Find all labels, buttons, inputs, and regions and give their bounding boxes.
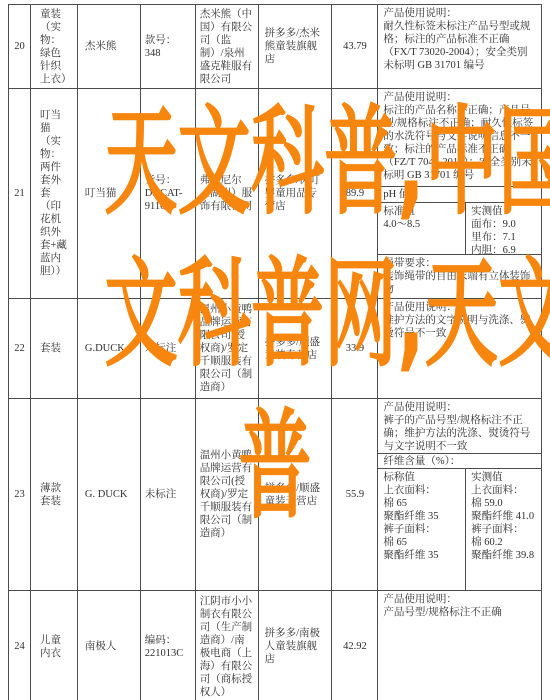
note-body: 产品号型/规格标注不正确	[383, 606, 536, 619]
brand-cell: 南极人	[78, 591, 141, 700]
nominal-line: 聚酯纤维 35	[383, 510, 460, 523]
model: 款号：348	[145, 34, 191, 60]
manufacturer: 杰米熊（中国）有限公司（监制）/泉州盛克鞋服有限公司	[200, 8, 254, 86]
fiber-header: 纤维含量（%）：	[378, 454, 541, 469]
nominal-line: 上衣面料：	[383, 484, 460, 497]
product-name: 童装（实物：绿色针织上衣）	[40, 8, 68, 86]
measured-line: 棉 60.2	[471, 536, 536, 549]
standard-value-cell: 标准值 4.0～8.5	[378, 203, 466, 254]
usage-note: 产品使用说明： 耐久性标签未标注产品号型或规格；标注的产品标准不正确（FX/T …	[378, 5, 541, 74]
nominal-value-cell: 标称值 上衣面料： 棉 65 聚酯纤维 35 裤子面料： 棉 65 聚酯纤维 3…	[378, 469, 466, 590]
nominal-line: 棉 65	[383, 497, 460, 510]
seller-cell: 拼多多/顺盛童装专营店	[259, 299, 333, 398]
brand-cell: 叮当猫	[78, 89, 141, 298]
model-cell: 未标注	[141, 299, 196, 398]
note-body: 耐久性标签未标注产品号型或规格；标注的产品标准不正确（FX/T 73020-20…	[383, 20, 536, 72]
measured-line: 内胆：6.9	[471, 244, 536, 254]
notes-cell: 产品使用说明： 标注的产品名称不正确；产品号型/规格标注不正确；耐久性标签的水洗…	[378, 89, 542, 298]
manufacturer-cell: 杰米熊（中国）有限公司（监制）/泉州盛克鞋服有限公司	[196, 5, 259, 88]
row-number-text: 21	[14, 187, 25, 200]
model-cell: 编码：221013C	[141, 591, 196, 700]
seller: 拼多多/杰米熊童装旗舰店	[265, 27, 326, 66]
product-name: 薄款套装	[40, 482, 68, 508]
model-cell: 货号：DDCAT-91108	[141, 89, 196, 298]
measured-value-cell: 实测值 面布：9.0 里布：7.1 内胆：6.9	[466, 203, 541, 254]
ph-header: pH 值：	[378, 187, 541, 203]
brand-cell: G.DUCK	[78, 299, 141, 398]
product-name: 叮当猫（实物：两件套外套（印花机织外套+藏蓝内胆））	[40, 109, 68, 278]
manufacturer-cell: 江阴市小小制衣有限公司（生产制造商）/南极电商（上海）有限公司（商标授权人）	[196, 591, 259, 700]
cord-body: 装饰绳带的自由末端有立体装饰物	[383, 270, 536, 296]
measured-line: 面布：9.0	[471, 218, 536, 231]
nominal-line: 聚酯纤维 35	[383, 549, 460, 562]
model: 货号：DDCAT-91108	[145, 174, 191, 213]
brand-cell: G. DUCK	[78, 399, 141, 590]
model: 未标注	[145, 488, 191, 501]
nominal-line: 裤子面料：	[383, 523, 460, 536]
value-cell: 89.9	[332, 89, 378, 298]
document-page: 20 童装（实物：绿色针织上衣） 杰米熊 款号：348 杰米熊（中国）有限公司（…	[0, 0, 550, 700]
value-cell: 33.9	[332, 299, 378, 398]
notes-cell: 产品使用说明： 维护方法的文字说明与洗涤、熨烫符号不一致	[378, 299, 542, 398]
row-number: 22	[9, 299, 31, 398]
measured-label: 实测值	[471, 471, 536, 484]
table-row: 24 儿童内衣 南极人 编码：221013C 江阴市小小制衣有限公司（生产制造商…	[9, 591, 542, 700]
value-cell: 42.92	[332, 591, 378, 700]
measured-line: 里布：7.1	[471, 231, 536, 244]
notes-cell: 产品使用说明： 耐久性标签未标注产品号型或规格；标注的产品标准不正确（FX/T …	[378, 5, 542, 88]
usage-note: 产品使用说明： 裤子的产品号型/规格标注不正确；维护方法的洗涤、熨烫符号与文字说…	[378, 399, 541, 454]
row-number-text: 24	[14, 640, 25, 653]
brand-cell: 杰米熊	[78, 5, 141, 88]
cord-title: 绳带要求：	[383, 257, 536, 270]
model-cell: 未标注	[141, 399, 196, 590]
measured-value-cell: 实测值 上衣面料： 棉 59.0 聚酯纤维 41.0 裤子面料： 棉 60.2 …	[466, 469, 541, 590]
inspection-table: 20 童装（实物：绿色针织上衣） 杰米熊 款号：348 杰米熊（中国）有限公司（…	[8, 4, 542, 700]
table-row: 23 薄款套装 G. DUCK 未标注 温州小黄鸭品牌运营有限公司(授权商)/罗…	[9, 399, 542, 591]
table-row: 20 童装（实物：绿色针织上衣） 杰米熊 款号：348 杰米熊（中国）有限公司（…	[9, 5, 542, 89]
value: 33.9	[346, 342, 364, 355]
product-name: 儿童内衣	[40, 634, 68, 660]
table-row: 22 套装 G.DUCK 未标注 温州小黄鸭品牌运营有限公司(授权商)/罗定千顺…	[9, 299, 542, 399]
value: 55.9	[346, 488, 364, 501]
usage-note: 产品使用说明： 产品号型/规格标注不正确	[378, 591, 541, 621]
measured-line: 上衣面料：	[471, 484, 536, 497]
brand: G.DUCK	[85, 342, 133, 355]
measured-line: 棉 59.0	[471, 497, 536, 510]
table-row: 21 叮当猫（实物：两件套外套（印花机织外套+藏蓝内胆）） 叮当猫 货号：DDC…	[9, 89, 542, 299]
standard-label: 标准值	[383, 205, 460, 218]
ph-subtable: 标准值 4.0～8.5 实测值 面布：9.0 里布：7.1 内胆：6.9	[378, 203, 541, 255]
standard-value: 4.0～8.5	[383, 218, 460, 231]
row-number-text: 23	[14, 488, 25, 501]
manufacturer: 温州小黄鸭品牌运营有限公司(授权商)/罗定千顺服装有限公司（制造商）	[200, 303, 254, 394]
ph-label: pH 值：	[383, 189, 419, 200]
seller: 拼多多/南极人童装旗舰店	[265, 627, 326, 666]
measured-line: 聚酯纤维 39.8	[471, 549, 536, 562]
note-title: 产品使用说明：	[383, 91, 536, 104]
value-cell: 55.9	[332, 399, 378, 590]
usage-note: 产品使用说明： 标注的产品名称不正确；产品号型/规格标注不正确；耐久性标签的水洗…	[378, 89, 541, 187]
seller-cell: 拼多多/南极人童装旗舰店	[259, 591, 333, 700]
brand: 杰米熊	[85, 40, 133, 53]
value: 89.9	[346, 187, 364, 200]
product-name-cell: 薄款套装	[31, 399, 78, 590]
row-number-text: 22	[14, 342, 25, 355]
note-title: 产品使用说明：	[383, 401, 536, 414]
note-title: 产品使用说明：	[383, 301, 536, 314]
manufacturer: 弗兰尼尔（湖州）服饰有限公司	[200, 174, 254, 213]
model-cell: 款号：348	[141, 5, 196, 88]
model: 编码：221013C	[145, 634, 191, 660]
product-name-cell: 叮当猫（实物：两件套外套（印花机织外套+藏蓝内胆））	[31, 89, 78, 298]
brand: 叮当猫	[85, 187, 133, 200]
manufacturer: 温州小黄鸭品牌运营有限公司(授权商)/罗定千顺服装有限公司（制造商）	[200, 449, 254, 540]
measured-label: 实测值	[471, 205, 536, 218]
cord-note: 绳带要求： 装饰绳带的自由末端有立体装饰物	[378, 255, 541, 298]
product-name-cell: 童装（实物：绿色针织上衣）	[31, 5, 78, 88]
seller: 拼多多/顺盛童装专营店	[265, 482, 326, 508]
row-number: 24	[9, 591, 31, 700]
seller-cell: 拼多多/杰米熊童装旗舰店	[259, 5, 333, 88]
note-title: 产品使用说明：	[383, 593, 536, 606]
note-body: 裤子的产品号型/规格标注不正确；维护方法的洗涤、熨烫符号与文字说明不一致	[383, 414, 536, 453]
product-name-cell: 套装	[31, 299, 78, 398]
row-number-text: 20	[14, 40, 25, 53]
manufacturer-cell: 温州小黄鸭品牌运营有限公司(授权商)/罗定千顺服装有限公司（制造商）	[196, 299, 259, 398]
note-body: 维护方法的文字说明与洗涤、熨烫符号不一致	[383, 314, 536, 340]
value: 43.79	[343, 40, 367, 53]
value: 42.92	[343, 640, 367, 653]
notes-cell: 产品使用说明： 产品号型/规格标注不正确	[378, 591, 542, 700]
note-title: 产品使用说明：	[383, 7, 536, 20]
notes-cell: 产品使用说明： 裤子的产品号型/规格标注不正确；维护方法的洗涤、熨烫符号与文字说…	[378, 399, 542, 590]
product-name: 套装	[40, 342, 68, 355]
nominal-label: 标称值	[383, 471, 460, 484]
manufacturer: 江阴市小小制衣有限公司（生产制造商）/南极电商（上海）有限公司（商标授权人）	[200, 595, 254, 699]
seller-cell: 拼多多/顺盛童装专营店	[259, 399, 333, 590]
row-number: 20	[9, 5, 31, 88]
seller: 拼多多/顺盛童装专营店	[265, 336, 326, 362]
nominal-line: 棉 65	[383, 536, 460, 549]
manufacturer-cell: 弗兰尼尔（湖州）服饰有限公司	[196, 89, 259, 298]
model: 未标注	[145, 342, 191, 355]
row-number: 21	[9, 89, 31, 298]
row-number: 23	[9, 399, 31, 590]
brand: 南极人	[85, 640, 133, 653]
fiber-subtable: 标称值 上衣面料： 棉 65 聚酯纤维 35 裤子面料： 棉 65 聚酯纤维 3…	[378, 469, 541, 590]
fiber-label: 纤维含量（%）：	[383, 456, 460, 467]
note-body: 标注的产品名称不正确；产品号型/规格标注不正确；耐久性标签的水洗符号与文字说明信…	[383, 104, 536, 182]
manufacturer-cell: 温州小黄鸭品牌运营有限公司(授权商)/罗定千顺服装有限公司（制造商）	[196, 399, 259, 590]
seller: 拼多多/树叮婴童用品专营店	[265, 174, 326, 213]
measured-line: 裤子面料：	[471, 523, 536, 536]
product-name-cell: 儿童内衣	[31, 591, 78, 700]
value-cell: 43.79	[332, 5, 378, 88]
usage-note: 产品使用说明： 维护方法的文字说明与洗涤、熨烫符号不一致	[378, 299, 541, 342]
seller-cell: 拼多多/树叮婴童用品专营店	[259, 89, 333, 298]
brand: G. DUCK	[85, 488, 133, 501]
measured-line: 聚酯纤维 41.0	[471, 510, 536, 523]
